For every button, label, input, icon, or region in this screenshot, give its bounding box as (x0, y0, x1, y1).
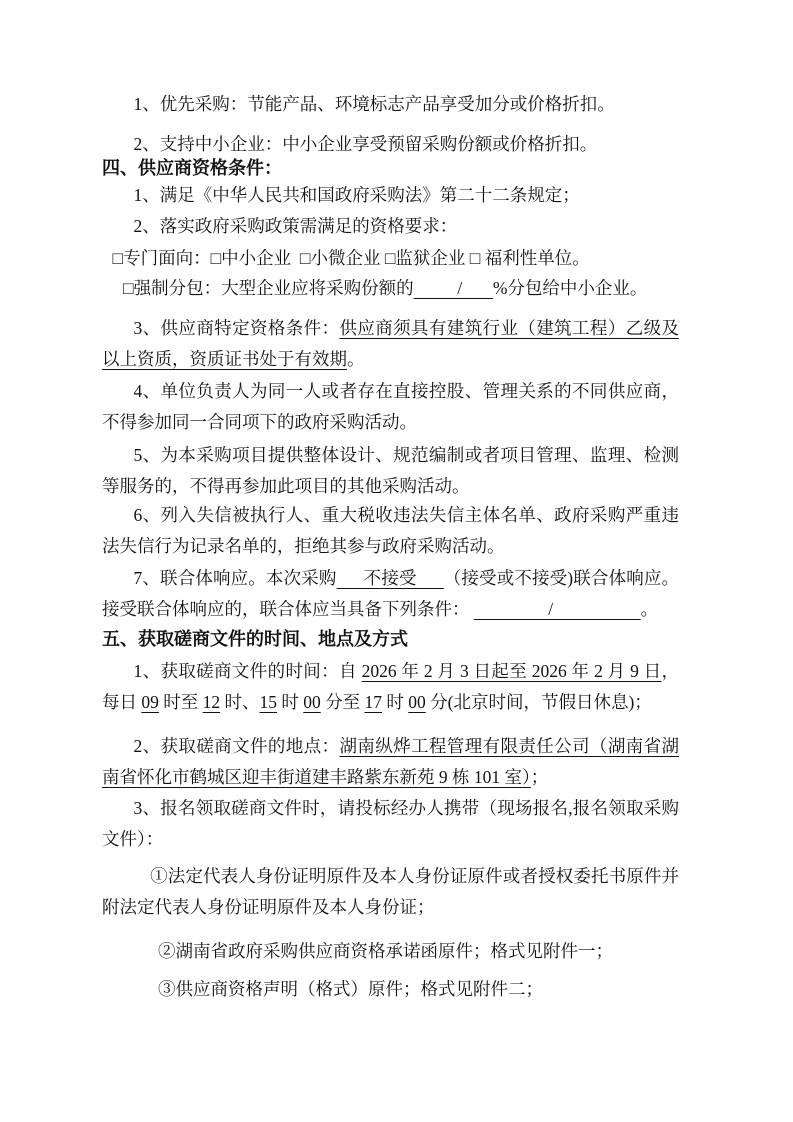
fill-in-blank: / (414, 278, 493, 298)
underlined-hour: 15 (260, 692, 278, 712)
item-required-doc-1: ①法定代表人身份证明原件及本人身份证原件或者授权委托书原件并附法定代表人身份证明… (102, 861, 679, 923)
item-design-service-restriction: 5、为本采购项目提供整体设计、规范编制或者项目管理、监理、检测等服务的，不得再参… (102, 440, 679, 502)
text-run: 分(北京时间，节假日休息)； (426, 692, 652, 712)
fill-in-blank-conditions: / (474, 599, 641, 619)
item-document-time: 1、获取磋商文件的时间：自 2026 年 2 月 3 日起至 2026 年 2 … (102, 656, 679, 718)
underlined-minute: 00 (303, 692, 321, 712)
text-run: 时、 (220, 692, 259, 712)
text-run: 2、支持中小企业：中小企业享受预留采购份额或价格折扣。 (134, 134, 598, 154)
text-run: ③供应商资格声明（格式）原件；格式见附件二； (158, 979, 543, 999)
text-run: 1、优先采购：节能产品、环境标志产品享受加分或价格折扣。 (134, 94, 615, 114)
item-required-doc-3: ③供应商资格声明（格式）原件；格式见附件二； (102, 974, 679, 1005)
text-run: □强制分包：大型企业应将采购份额的 (123, 278, 414, 298)
text-run: ①法定代表人身份证明原件及本人身份证原件或者授权委托书原件并附法定代表人身份证明… (102, 866, 679, 917)
item-required-doc-2: ②湖南省政府采购供应商资格承诺函原件；格式见附件一； (102, 936, 679, 967)
text-run: 1、满足《中华人民共和国政府采购法》第二十二条规定； (134, 185, 580, 205)
checkbox-options-text: □专门面向：□中小企业 □小微企业 □监狱企业 □ 福利性单位。 (113, 248, 590, 268)
underlined-minute: 00 (408, 692, 426, 712)
text-run: 2、落实政府采购政策需满足的资格要求： (134, 216, 458, 236)
text-run: ②湖南省政府采购供应商资格承诺函原件；格式见附件一； (158, 941, 613, 961)
text-run: 5、为本采购项目提供整体设计、规范编制或者项目管理、监理、检测等服务的，不得再参… (102, 445, 679, 496)
text-run: 1、获取磋商文件的时间：自 (134, 661, 362, 681)
text-run: 2、获取磋商文件的地点： (134, 736, 340, 756)
item-document-place: 2、获取磋商文件的地点：湖南纵烨工程管理有限责任公司（湖南省湖南省怀化市鹤城区迎… (102, 731, 679, 793)
text-run: %分包给中小企业。 (493, 278, 648, 298)
underlined-hour: 17 (365, 692, 383, 712)
underlined-date-range: 2026 年 2 月 3 日起至 2026 年 2 月 9 日 (362, 661, 662, 681)
text-run: 分至 (321, 692, 365, 712)
item-same-leader-restriction: 4、单位负责人为同一人或者存在直接控股、管理关系的不同供应商，不得参加同一合同项… (102, 376, 679, 438)
text-run: 时 (277, 692, 303, 712)
text-run: 4、单位负责人为同一人或者存在直接控股、管理关系的不同供应商，不得参加同一合同项… (102, 381, 679, 432)
document-page: 1、优先采购：节能产品、环境标志产品享受加分或价格折扣。 2、支持中小企业：中小… (0, 0, 793, 1122)
item-consortium-response: 7、联合体响应。本次采购 不接受 （接受或不接受)联合体响应。接受联合体响应的，… (102, 563, 679, 625)
text-run: 。 (641, 599, 659, 619)
text-run: 。 (347, 349, 365, 369)
text-run: 3、报名领取磋商文件时，请投标经办人携带（现场报名,报名领取采购文件）： (102, 798, 679, 849)
para-priority-procurement: 1、优先采购：节能产品、环境标志产品享受加分或价格折扣。 (102, 89, 679, 120)
text-run: 3、供应商特定资格条件： (134, 318, 340, 338)
checkbox-line-targeted: □专门面向：□中小企业 □小微企业 □监狱企业 □ 福利性单位。 (102, 243, 679, 274)
text-run: 6、列入失信被执行人、重大税收违法失信主体名单、政府采购严重违法失信行为记录名单… (102, 505, 679, 556)
text-run: 时 (382, 692, 408, 712)
text-run: ； (531, 767, 549, 787)
item-policy-requirements: 2、落实政府采购政策需满足的资格要求： (102, 211, 679, 242)
underlined-hour: 12 (203, 692, 221, 712)
section-heading-text: 五、获取磋商文件的时间、地点及方式 (102, 629, 408, 649)
checkbox-line-subcontract: □强制分包：大型企业应将采购份额的 / %分包给中小企业。 (102, 273, 679, 304)
text-run: 7、联合体响应。本次采购 (134, 568, 337, 588)
fill-in-blank-accept: 不接受 (337, 568, 444, 588)
heading-section-5: 五、获取磋商文件的时间、地点及方式 (102, 624, 679, 655)
item-signup-requirements: 3、报名领取磋商文件时，请投标经办人携带（现场报名,报名领取采购文件）： (102, 793, 679, 855)
underlined-hour: 09 (141, 692, 159, 712)
item-law-compliance: 1、满足《中华人民共和国政府采购法》第二十二条规定； (102, 180, 679, 211)
item-dishonest-list-restriction: 6、列入失信被执行人、重大税收违法失信主体名单、政府采购严重违法失信行为记录名单… (102, 500, 679, 562)
item-specific-qualification: 3、供应商特定资格条件：供应商须具有建筑行业（建筑工程）乙级及以上资质，资质证书… (102, 313, 679, 375)
section-heading-text: 四、供应商资格条件： (102, 158, 282, 178)
text-run: 时至 (159, 692, 203, 712)
